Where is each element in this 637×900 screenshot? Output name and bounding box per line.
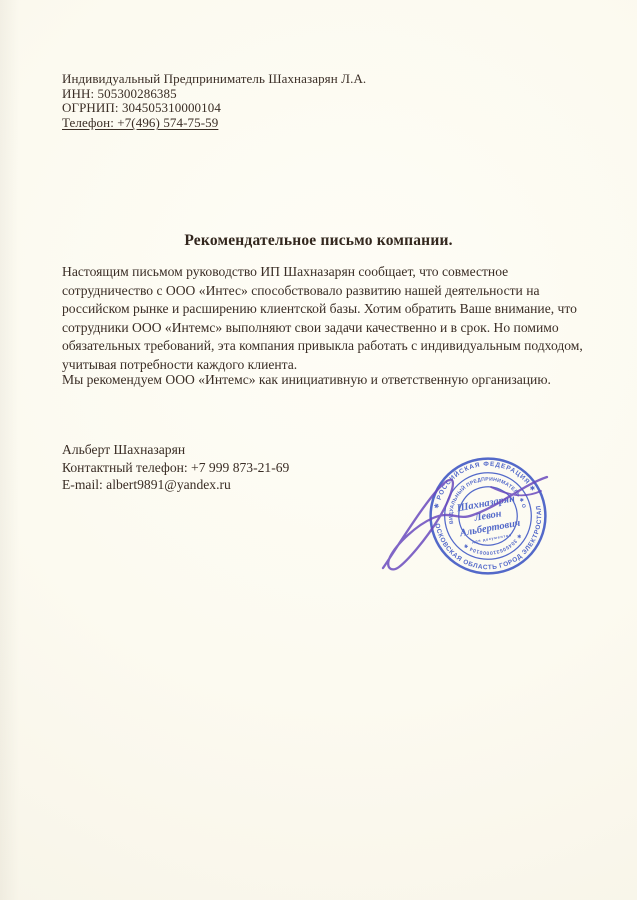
body-paragraph-1: Настоящим письмом руководство ИП Шахназа… [62, 263, 594, 375]
handwritten-signature [373, 463, 563, 581]
signature-accent-stroke [491, 487, 541, 495]
document-title: Рекомендательное письмо компании. [0, 232, 637, 250]
signer-email: E-mail: albert9891@yandex.ru [62, 476, 289, 494]
signer-name: Альберт Шахназарян [62, 441, 289, 459]
letterhead-company: Индивидуальный Предприниматель Шахназаря… [62, 72, 366, 87]
signer-phone: Контактный телефон: +7 999 873-21-69 [62, 459, 289, 477]
letterhead-phone: Телефон: +7(496) 574-75-59 [62, 116, 366, 131]
signature-main-stroke [383, 477, 547, 569]
letterhead-ogrnip: ОГРНИП: 304505310000104 [62, 101, 366, 116]
body-paragraph-2: Мы рекомендуем ООО «Интемс» как инициати… [62, 371, 594, 390]
letterhead-inn: ИНН: 505300286385 [62, 87, 366, 102]
scanned-letter-page: Индивидуальный Предприниматель Шахназаря… [0, 0, 637, 900]
letterhead: Индивидуальный Предприниматель Шахназаря… [62, 72, 366, 131]
signature-strokes [383, 477, 547, 569]
contact-block: Альберт Шахназарян Контактный телефон: +… [62, 441, 289, 494]
signature-icon [373, 463, 563, 581]
